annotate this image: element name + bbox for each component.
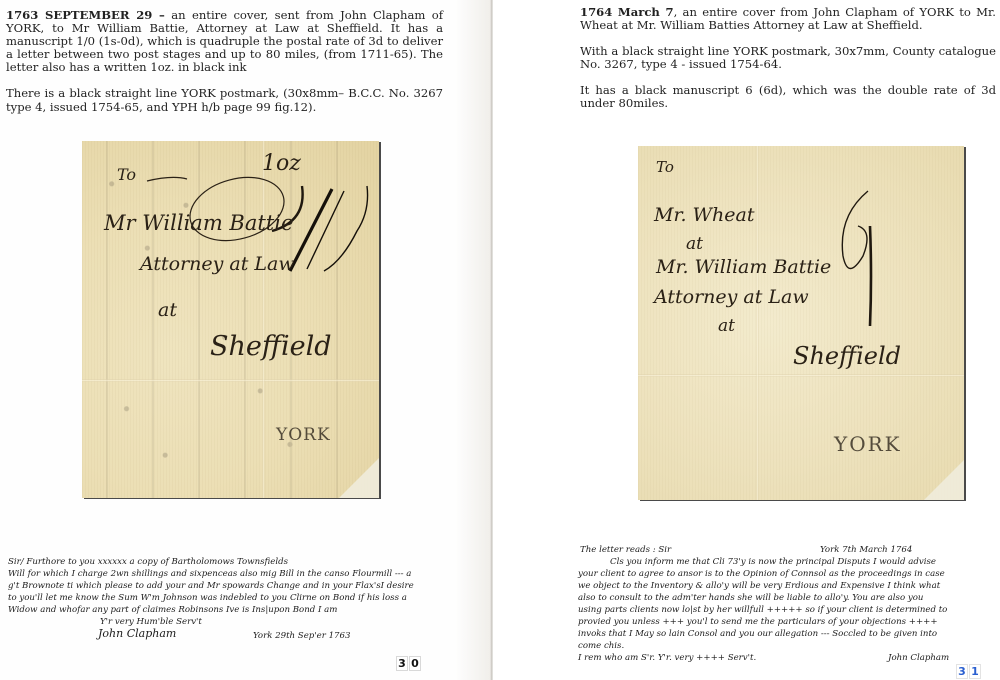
right-heading-date: 1764 March 7 [580, 5, 674, 19]
transcript-signature: John Clapham [888, 652, 949, 664]
right-description-para-2: With a black straight line YORK postmark… [580, 45, 996, 71]
york-postmark: YORK [834, 432, 902, 456]
transcript-line: Widow and whofar any part of claimes Rob… [8, 604, 453, 616]
transcript-line: to you'll let me know the Sum W'm Johnso… [8, 592, 453, 604]
left-description-para-1: 1763 SEPTEMBER 29 – an entire cover, sen… [6, 9, 443, 74]
transcript-closing: Y'r very Hum'ble Serv't [8, 616, 453, 628]
left-description: 1763 SEPTEMBER 29 – an entire cover, sen… [6, 9, 443, 127]
transcript-line: Will for which I charge 2wn shillings an… [8, 568, 453, 580]
cover-to: To [117, 165, 136, 184]
cover-image-1763: To 1oz Mr William Battie Attorney at Law… [82, 141, 379, 498]
cover-line-at: at [158, 299, 177, 321]
right-description: 1764 March 7, an entire cover from John … [580, 6, 996, 124]
cover-line-battie: Mr. William Battie [656, 256, 831, 278]
cover-addressee: Mr William Battie [104, 211, 293, 235]
cover-line-at-2: at [718, 316, 735, 336]
cover-line-attorney: Attorney at Law [654, 286, 809, 308]
transcript-line: invoks that I May so lain Consol and you… [578, 628, 993, 640]
cover-line-at: at [686, 234, 703, 254]
transcript-line: using parts clients now lo|st by her wil… [578, 604, 993, 616]
transcript-place-date: York 29th Sep'er 1763 [253, 630, 350, 642]
left-transcription: Sir/ Furthore to you xxxxxx a copy of Ba… [8, 556, 453, 642]
transcript-place-date: York 7th March 1764 [820, 544, 912, 556]
transcript-intro: The letter reads : Sir [580, 544, 671, 556]
cover-city: Sheffield [210, 331, 332, 362]
right-description-para-3: It has a black manuscript 6 (6d), which … [580, 84, 996, 110]
cover-line-wheat: Mr. Wheat [654, 204, 755, 226]
left-description-para-2: There is a black straight line YORK post… [6, 87, 443, 113]
fold-line [756, 146, 759, 500]
right-description-para-1: 1764 March 7, an entire cover from John … [580, 6, 996, 32]
transcript-intro-row: The letter reads : Sir York 7th March 17… [578, 544, 993, 556]
transcript-line: Sir/ Furthore to you xxxxxx a copy of Ba… [8, 556, 453, 568]
cover-city: Sheffield [793, 342, 901, 370]
manuscript-rate-1-0-icon [282, 181, 372, 281]
transcript-line: provied you unless +++ you'l to send me … [578, 616, 993, 628]
transcript-signature: John Clapham [98, 628, 176, 640]
page-number-31: 31 [956, 664, 981, 679]
manuscript-rate-6-icon [818, 186, 888, 336]
transcript-line: we object to the Inventory & allo'y will… [578, 580, 993, 592]
folded-corner [339, 458, 379, 498]
weight-mark: 1oz [262, 151, 301, 176]
transcript-line: also to consult to the adm'ter hands she… [578, 592, 993, 604]
page-number-30: 30 [396, 656, 421, 671]
transcript-line: Cls you inform me that Cli 73'y is now t… [578, 556, 993, 568]
transcript-closing: I rem who am S'r. Y'r. very ++++ Serv't. [578, 652, 756, 664]
cover-line-attorney: Attorney at Law [140, 253, 295, 275]
cover-image-1764: To Mr. Wheat at Mr. William Battie Attor… [638, 146, 964, 500]
transcript-line: come chis. [578, 640, 993, 652]
page-gutter [490, 0, 493, 680]
fold-line [638, 374, 964, 377]
transcript-signature-row: John Clapham York 29th Sep'er 1763 [8, 628, 453, 642]
transcript-line: g't Brownote ti which please to add your… [8, 580, 453, 592]
transcript-line: your client to agree to ansor is to the … [578, 568, 993, 580]
left-heading-date: 1763 SEPTEMBER 29 – [6, 8, 165, 22]
transcript-closing-row: I rem who am S'r. Y'r. very ++++ Serv't.… [578, 652, 993, 664]
right-transcription: The letter reads : Sir York 7th March 17… [578, 544, 993, 664]
folded-corner [924, 460, 964, 500]
page-gutter-shadow [455, 0, 490, 680]
cover-to: To [656, 158, 674, 176]
fold-line [82, 379, 379, 382]
york-postmark: YORK [276, 425, 331, 445]
